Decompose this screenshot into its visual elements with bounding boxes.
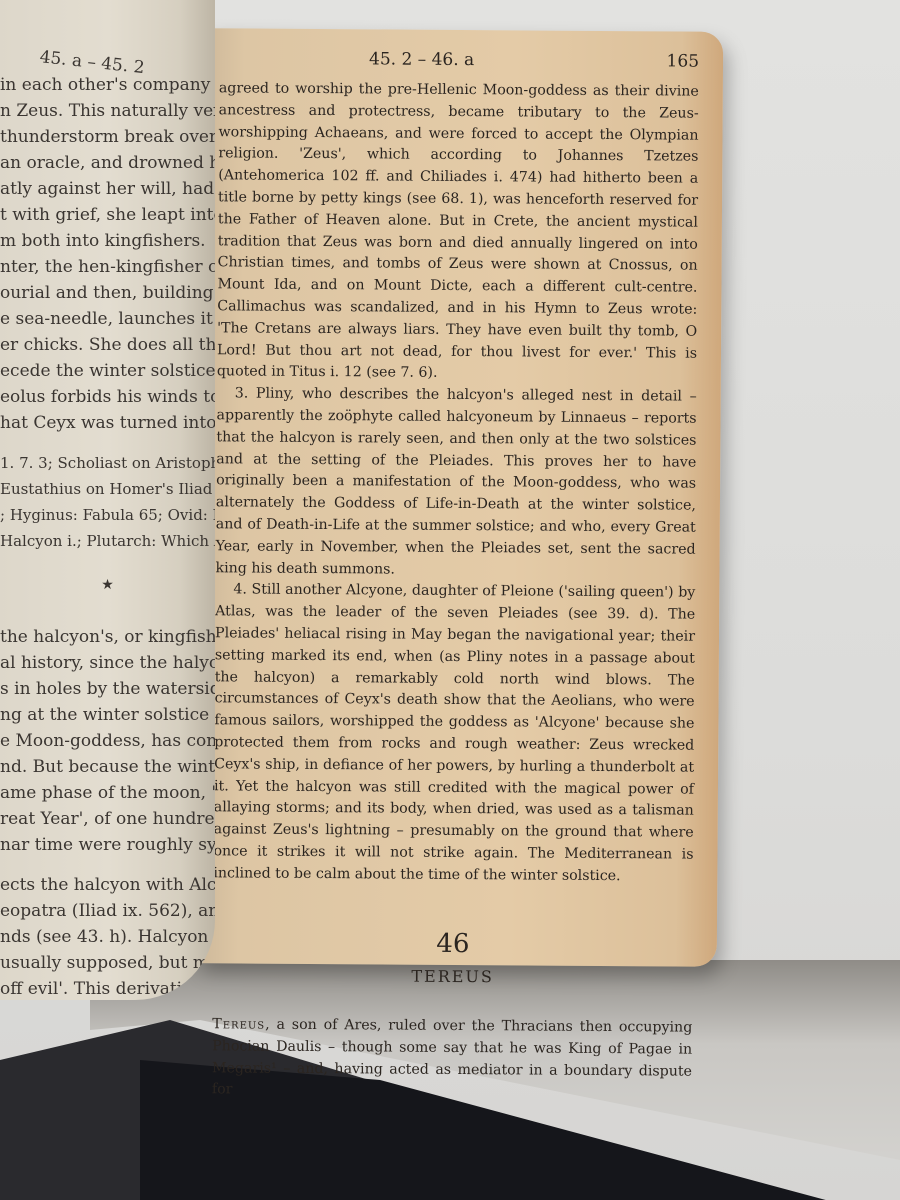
left-line: m both into kingfishers.: [0, 228, 215, 254]
paragraph-continued: agreed to worship the pre-Hellenic Moon-…: [217, 78, 699, 386]
left-line: thunderstorm break over the ship: [0, 124, 215, 150]
footnote-line: ; Hyginus: Fabula 65; Ovid: Metam.: [0, 502, 215, 528]
right-page-content: 45. 2 – 46. a 165 agreed to worship the …: [212, 48, 699, 1105]
commentary-line: off evil'. This derivation is confirmed: [0, 976, 215, 1000]
commentary-line: ects the halcyon with Alcyone (see: [0, 872, 215, 898]
left-page-content: 45. a – 45. 2 in each other's company th…: [0, 40, 215, 1000]
running-head: 45. 2 – 46. a 165: [219, 48, 699, 79]
commentary-line: nds (see 43. h). Halcyon cannot therefor…: [0, 924, 215, 950]
commentary-line: nd. But because the winter solstice: [0, 754, 215, 780]
commentary-line: reat Year', of one hundred lunations: [0, 806, 215, 832]
left-line: eolus forbids his winds to sweep: [0, 384, 215, 410]
chapter-opening-paragraph: Tereus, a son of Ares, ruled over the Th…: [212, 1014, 693, 1105]
left-line: e sea-needle, launches it on the sea: [0, 306, 215, 332]
left-line: hat Ceyx was turned into a seamew: [0, 410, 215, 436]
commentary-line: ame phase of the moon, 'every year: [0, 780, 215, 806]
left-line: an oracle, and drowned him. He: [0, 150, 215, 176]
left-line: er chicks. She does all this in the: [0, 332, 215, 358]
commentary-line: eopatra (Iliad ix. 562), and with a dau-: [0, 898, 215, 924]
commentary-line: ng at the winter solstice – after the: [0, 702, 215, 728]
left-line: ourial and then, building a closely: [0, 280, 215, 306]
footnote-line: 1. 7. 3; Scholiast on Aristophanes: [0, 450, 215, 476]
running-head-sections: 45. 2 – 46. a: [369, 49, 474, 72]
chapter-title: TEREUS: [213, 965, 693, 990]
footnote-line: Halcyon i.; Plutarch: Which Animals: [0, 528, 215, 554]
footnote-line: Eustathius on Homer's Iliad ix.: [0, 476, 215, 502]
page-number: 165: [667, 51, 700, 73]
commentary-line: usually supposed, but must stand for: [0, 950, 215, 976]
section-separator-star: ★: [0, 572, 215, 598]
paragraph-3: 3. Pliny, who describes the halcyon's al…: [215, 383, 696, 583]
paragraph-4: 4. Still another Alcyone, daughter of Pl…: [213, 580, 695, 888]
chapter-number: 46: [213, 933, 693, 958]
left-line: atly against her will, had stayed: [0, 176, 215, 202]
commentary-line: the halcyon's, or kingfisher's, na: [0, 624, 215, 650]
left-line: n Zeus. This naturally vexed the: [0, 98, 215, 124]
opening-text: , a son of Ares, ruled over the Thracian…: [212, 1017, 693, 1098]
commentary-line: s in holes by the waterside) can refer t…: [0, 676, 215, 702]
left-book-page: 45. a – 45. 2 in each other's company th…: [0, 0, 215, 1000]
commentary-line: e Moon-goddess, has conveyed her: [0, 728, 215, 754]
right-book-page: 45. 2 – 46. a 165 agreed to worship the …: [197, 28, 724, 967]
commentary-line: nar time were roughly synchronous: [0, 832, 215, 858]
commentary-line: al history, since the halycon does not: [0, 650, 215, 676]
left-line: ecede the winter solstice, and: [0, 358, 215, 384]
opening-smallcaps: Tereus: [212, 1016, 265, 1032]
left-line: nter, the hen-kingfisher carries her: [0, 254, 215, 280]
left-line: t with grief, she leapt into the sea: [0, 202, 215, 228]
